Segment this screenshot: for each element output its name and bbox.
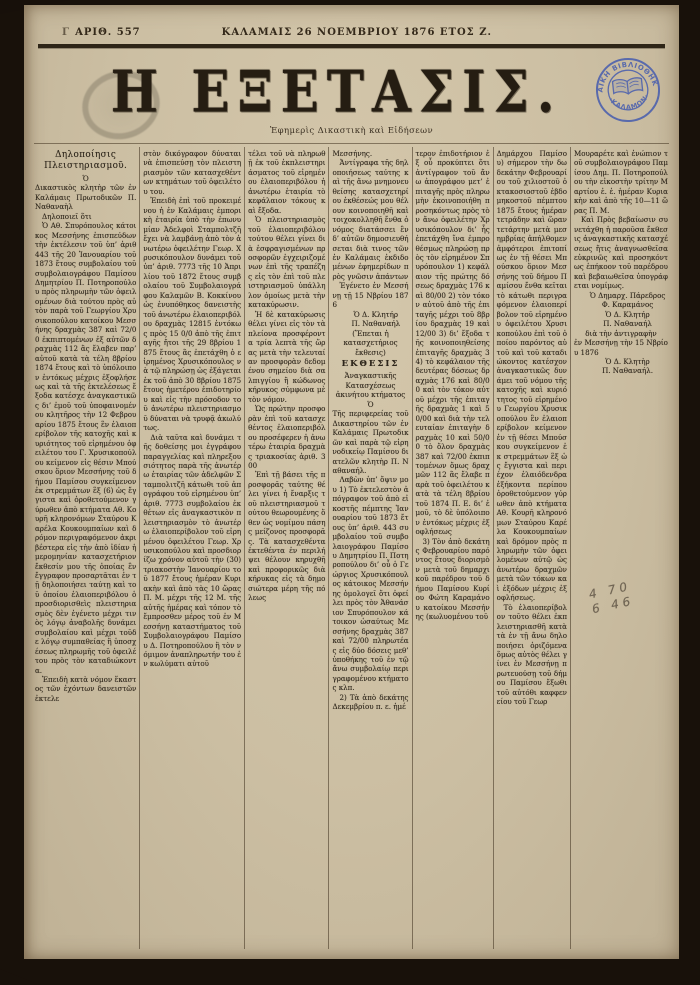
column-3: τέλει τοῦ νὰ πληρωθῇ ἐκ τοῦ ἐκπλειστηριά… (244, 147, 328, 949)
column-1: Δηλοποίησις Πλειστηριασμοῦ.ὉΔικαστικὸς κ… (32, 147, 139, 949)
text-block: ἐν Μεσσήνῃ τὴν 15 Νβρίου 1876 (574, 338, 668, 357)
text-block: Τὸ ἐλαιοπερίβολον τοῦτο θέλει ἐκπλειστηρ… (497, 603, 567, 707)
column-2: στὸν δικόγραφον δύναται νὰ ἐπισπεύσῃ τὸν… (139, 147, 244, 949)
column-7: Μουραρέτε καὶ ἐνώπιον τοῦ συμβολαιογράφο… (570, 147, 671, 949)
text-block: Ἡ δὲ κατακύρωσις θέλει γίνει εἰς τὸν τὰ … (248, 310, 325, 405)
signature-line: Ὁ Δ. Κλητὴρ (574, 357, 668, 366)
text-block: Διὰ ταῦτα καὶ δυνάμει τῆς δοθείσης μοι ἐ… (143, 433, 241, 669)
text-block: τερον ἐπιδοτήριον ἐξ οὗ προκύπτει ὅτι ἀν… (416, 149, 490, 537)
text-block: Μουραρέτε καὶ ἐνώπιον τοῦ συμβολαιογράφο… (574, 149, 668, 215)
svg-text:·ΚΑΛΑΜΩΝ·: ·ΚΑΛΑΜΩΝ· (607, 92, 653, 114)
text-block: Ὁ πλειστηριασμὸς τοῦ ἐλαιοπεριβόλου τούτ… (248, 215, 325, 310)
text-block: (Ἕπεται ἡ κατασχετήριος ἔκθεσις) (332, 329, 408, 357)
text-block: Ἐγένετο ἐν Μεσσήνῃ τῇ 15 Νβρίου 1876 (332, 281, 408, 309)
column-4: Μεσσήνης.Ἀντίγραφα τῆς δηλοποιήσεως ταύτ… (328, 147, 411, 949)
text-block: Ἀναγκαστικῆς Κατασχέσεως ἀκινήτου κτήματ… (332, 371, 408, 399)
text-block: Ὡς πρώτην προσφορὰν ἐπὶ τοῦ κατασχεθέντο… (248, 404, 325, 470)
column-5: τερον ἐπιδοτήριον ἐξ οὗ προκύπτει ὅτι ἀν… (412, 147, 493, 949)
text-block: στὸν δικόγραφον δύναται νὰ ἐπισπεύσῃ τὸν… (143, 149, 241, 196)
signature-line: Π. Ναθαναήλ. (574, 366, 668, 375)
text-block: Δημάρχου Παμίσου) σήμερον τὴν δωδεκάτην … (497, 149, 567, 603)
blank-space (574, 376, 668, 581)
text-block: Καὶ Πρὸς βεβαίωσιν συνετάχθη ἡ παροῦσα ἔ… (574, 215, 668, 291)
library-stamp: ΛΑΪΚΗ ΒΙΒΛΙΟΘΗΚΗ ·ΚΑΛΑΜΩΝ· (592, 54, 665, 127)
text-block: Δικαστικὸς κλητὴρ τῶν ἐν Καλάμαις Πρωτοδ… (35, 183, 136, 211)
signature-line: Π. Ναθαναήλ (332, 319, 408, 328)
text-block: Δηλοποιεῖ ὅτι (35, 212, 136, 221)
scan-corner-shadow-bottom-left (0, 969, 40, 985)
issue-number-label: ΑΡΙΘ. 557 (75, 27, 141, 38)
text-block: 3) Τὸν ἀπὸ δεκάτης Φεβρουαρίου παρόντος … (416, 537, 490, 622)
library-stamp-text-bottom: ·ΚΑΛΑΜΩΝ· (607, 92, 653, 114)
text-block: Ἐπὶ τῇ βάσει τῆς προσφορᾶς ταύτης θέλει … (248, 470, 325, 602)
newspaper-page: ΓΑΡΙΘ. 557 ΚΑΛΑΜΑΙΣ 26 ΝΟΕΜΒΡΙΟΥ 1876 ΕΤ… (24, 5, 679, 959)
masthead-rule (38, 44, 665, 48)
article-heading: Δηλοποίησις Πλειστηριασμοῦ. (35, 150, 136, 172)
text-block: 2) Τὰ ἀπὸ δεκάτης Δεκεμβρίου π. ε. ἡμέ (332, 693, 408, 712)
text-block: Ὁ (332, 400, 408, 409)
text-block: Ἀντίγραφα τῆς δηλοποιήσεως ταύτης καὶ τῆ… (332, 158, 408, 281)
edge-mark: Γ (62, 27, 70, 38)
text-block: Λαβὼν ὑπ’ ὄψιν μου 1) Τὸ ἐκτελεστὸν ἀπόγ… (332, 475, 408, 692)
signature-line: Φ. Καραμάνος (574, 300, 668, 309)
signature-line: Ὁ Δ. Κλητήρ (574, 310, 668, 319)
text-block: Τῆς περιφερείας τοῦ Δικαστηρίου τῶν ἐν Κ… (332, 409, 408, 475)
article-heading: ΕΚΘΕΣΙΣ (332, 360, 408, 369)
signature-line: Ὁ Δημαρχ. Πάρεδρος (574, 291, 668, 300)
newspaper-title: Η ΕΞΕΤΑΣΙΣ. (34, 58, 639, 125)
column-6: Δημάρχου Παμίσου) σήμερον τὴν δωδεκάτην … (493, 147, 570, 949)
columns-top-rule (34, 143, 669, 144)
text-block: Ἐπειδὴ ἐπὶ τοῦ προκειμένου ἡ ἐν Καλάμαις… (143, 196, 241, 432)
text-block: Ὁ Αθ. Σπυρόπουλος κάτοικος Μεσσήνης ἐπισ… (35, 221, 136, 675)
open-book-icon (612, 77, 642, 95)
text-block: τέλει τοῦ νὰ πληρωθῇ ἐκ τοῦ ἐκπλειστηριά… (248, 149, 325, 215)
signature-line: Π. Ναθαναήλ (574, 319, 668, 328)
issue-number: ΓΑΡΙΘ. 557 (62, 27, 141, 38)
dateline-row: ΓΑΡΙΘ. 557 ΚΑΛΑΜΑΙΣ 26 ΝΟΕΜΒΡΙΟΥ 1876 ΕΤ… (40, 27, 663, 38)
text-block: διὰ τὴν ἀντιγραφὴν (574, 329, 668, 338)
signature-line: Ὁ Δ. Κλητήρ (332, 310, 408, 319)
dateline: ΚΑΛΑΜΑΙΣ 26 ΝΟΕΜΒΡΙΟΥ 1876 ΕΤΟΣ Ζ. (141, 27, 573, 38)
columns: Δηλοποίησις Πλειστηριασμοῦ.ὉΔικαστικὸς κ… (32, 147, 671, 949)
text-block: Ἐπειδὴ κατὰ νόμον ἕκαστος τῶν ἐχόντων δα… (35, 675, 136, 703)
